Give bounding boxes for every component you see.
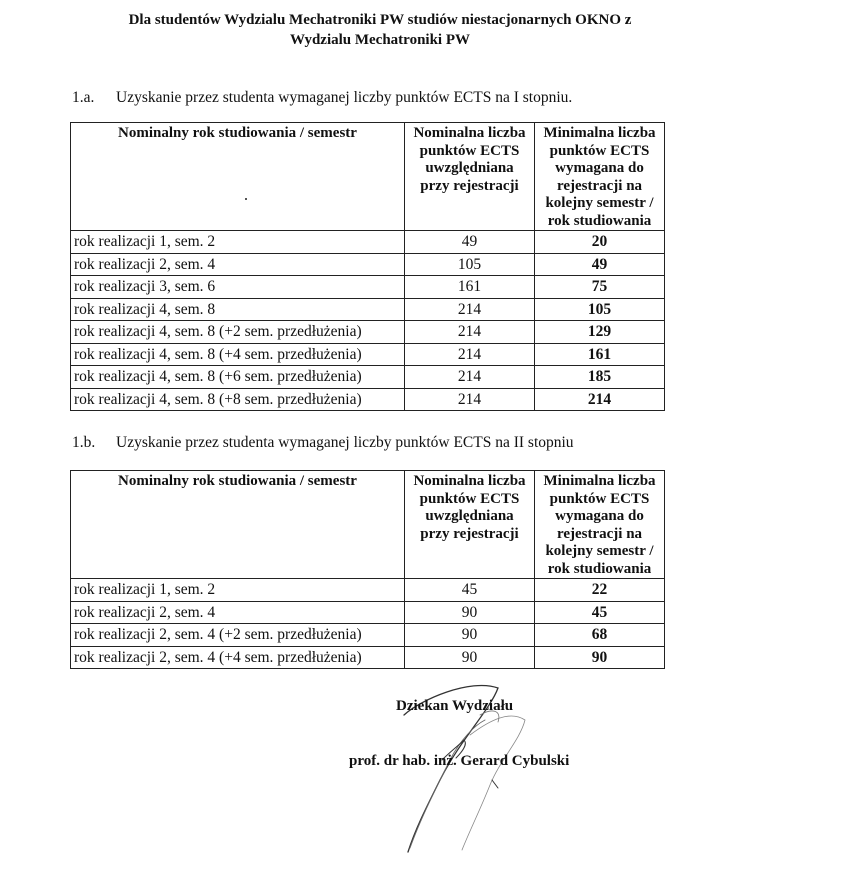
row-label: rok realizacji 1, sem. 2 (71, 231, 405, 254)
table-row: rok realizacji 3, sem. 616175 (71, 276, 665, 299)
row-label: rok realizacji 4, sem. 8 (71, 298, 405, 321)
table-row: rok realizacji 1, sem. 24920 (71, 231, 665, 254)
table-row: rok realizacji 2, sem. 49045 (71, 601, 665, 624)
ects-table-second-degree: Nominalny rok studiowania / semestr Nomi… (70, 470, 665, 669)
document-title: Dla studentów Wydzialu Mechatroniki PW s… (80, 10, 680, 50)
minimum-ects-value: 68 (535, 624, 665, 647)
table-row: rok realizacji 2, sem. 4 (+4 sem. przedł… (71, 646, 665, 669)
section-number: 1.b. (72, 433, 116, 453)
nominal-ects-value: 214 (405, 366, 535, 389)
table-row: rok realizacji 4, sem. 8 (+4 sem. przedł… (71, 343, 665, 366)
row-label: rok realizacji 2, sem. 4 (+2 sem. przedł… (71, 624, 405, 647)
scan-speck (245, 198, 247, 200)
row-label: rok realizacji 4, sem. 8 (+6 sem. przedł… (71, 366, 405, 389)
nominal-ects-value: 45 (405, 579, 535, 602)
header-minimum-ects: Minimalna liczba punktów ECTS wymagana d… (535, 123, 665, 231)
minimum-ects-value: 75 (535, 276, 665, 299)
row-label: rok realizacji 4, sem. 8 (+2 sem. przedł… (71, 321, 405, 344)
row-label: rok realizacji 2, sem. 4 (71, 253, 405, 276)
nominal-ects-value: 90 (405, 601, 535, 624)
signatory-role: Dziekan Wydziału (396, 698, 513, 715)
nominal-ects-value: 214 (405, 343, 535, 366)
minimum-ects-value: 129 (535, 321, 665, 344)
nominal-ects-value: 90 (405, 624, 535, 647)
minimum-ects-value: 49 (535, 253, 665, 276)
row-label: rok realizacji 2, sem. 4 (71, 601, 405, 624)
nominal-ects-value: 90 (405, 646, 535, 669)
table-row: rok realizacji 4, sem. 8 (+2 sem. przedł… (71, 321, 665, 344)
nominal-ects-value: 161 (405, 276, 535, 299)
row-label: rok realizacji 2, sem. 4 (+4 sem. przedł… (71, 646, 405, 669)
header-year-semester: Nominalny rok studiowania / semestr (71, 471, 405, 579)
title-line-1: Dla studentów Wydzialu Mechatroniki PW s… (80, 10, 680, 30)
minimum-ects-value: 161 (535, 343, 665, 366)
header-nominal-ects: Nominalna liczba punktów ECTS uwzględnia… (405, 471, 535, 579)
section-heading-text: Uzyskanie przez studenta wymaganej liczb… (116, 89, 572, 106)
row-label: rok realizacji 1, sem. 2 (71, 579, 405, 602)
minimum-ects-value: 20 (535, 231, 665, 254)
signatory-name: prof. dr hab. inż. Gerard Cybulski (349, 753, 569, 770)
table-row: rok realizacji 4, sem. 8214105 (71, 298, 665, 321)
row-label: rok realizacji 3, sem. 6 (71, 276, 405, 299)
section-heading-text: Uzyskanie przez studenta wymaganej liczb… (116, 434, 574, 451)
nominal-ects-value: 214 (405, 298, 535, 321)
section-number: 1.a. (72, 88, 116, 108)
title-line-2: Wydzialu Mechatroniki PW (80, 30, 680, 50)
nominal-ects-value: 105 (405, 253, 535, 276)
nominal-ects-value: 214 (405, 388, 535, 411)
row-label: rok realizacji 4, sem. 8 (+4 sem. przedł… (71, 343, 405, 366)
minimum-ects-value: 22 (535, 579, 665, 602)
nominal-ects-value: 49 (405, 231, 535, 254)
table-row: rok realizacji 1, sem. 24522 (71, 579, 665, 602)
header-year-semester: Nominalny rok studiowania / semestr (71, 123, 405, 231)
table-body: rok realizacji 1, sem. 24522rok realizac… (71, 579, 665, 669)
header-minimum-ects: Minimalna liczba punktów ECTS wymagana d… (535, 471, 665, 579)
table-header-row: Nominalny rok studiowania / semestr Nomi… (71, 123, 665, 231)
table-body: rok realizacji 1, sem. 24920rok realizac… (71, 231, 665, 411)
section-heading-1a: 1.a.Uzyskanie przez studenta wymaganej l… (72, 88, 572, 108)
table-row: rok realizacji 4, sem. 8 (+6 sem. przedł… (71, 366, 665, 389)
minimum-ects-value: 105 (535, 298, 665, 321)
section-heading-1b: 1.b.Uzyskanie przez studenta wymaganej l… (72, 433, 574, 453)
table-row: rok realizacji 2, sem. 410549 (71, 253, 665, 276)
table-header-row: Nominalny rok studiowania / semestr Nomi… (71, 471, 665, 579)
nominal-ects-value: 214 (405, 321, 535, 344)
minimum-ects-value: 90 (535, 646, 665, 669)
minimum-ects-value: 185 (535, 366, 665, 389)
table-row: rok realizacji 2, sem. 4 (+2 sem. przedł… (71, 624, 665, 647)
row-label: rok realizacji 4, sem. 8 (+8 sem. przedł… (71, 388, 405, 411)
ects-table-first-degree: Nominalny rok studiowania / semestr Nomi… (70, 122, 665, 411)
header-nominal-ects: Nominalna liczba punktów ECTS uwzględnia… (405, 123, 535, 231)
minimum-ects-value: 214 (535, 388, 665, 411)
table-row: rok realizacji 4, sem. 8 (+8 sem. przedł… (71, 388, 665, 411)
minimum-ects-value: 45 (535, 601, 665, 624)
